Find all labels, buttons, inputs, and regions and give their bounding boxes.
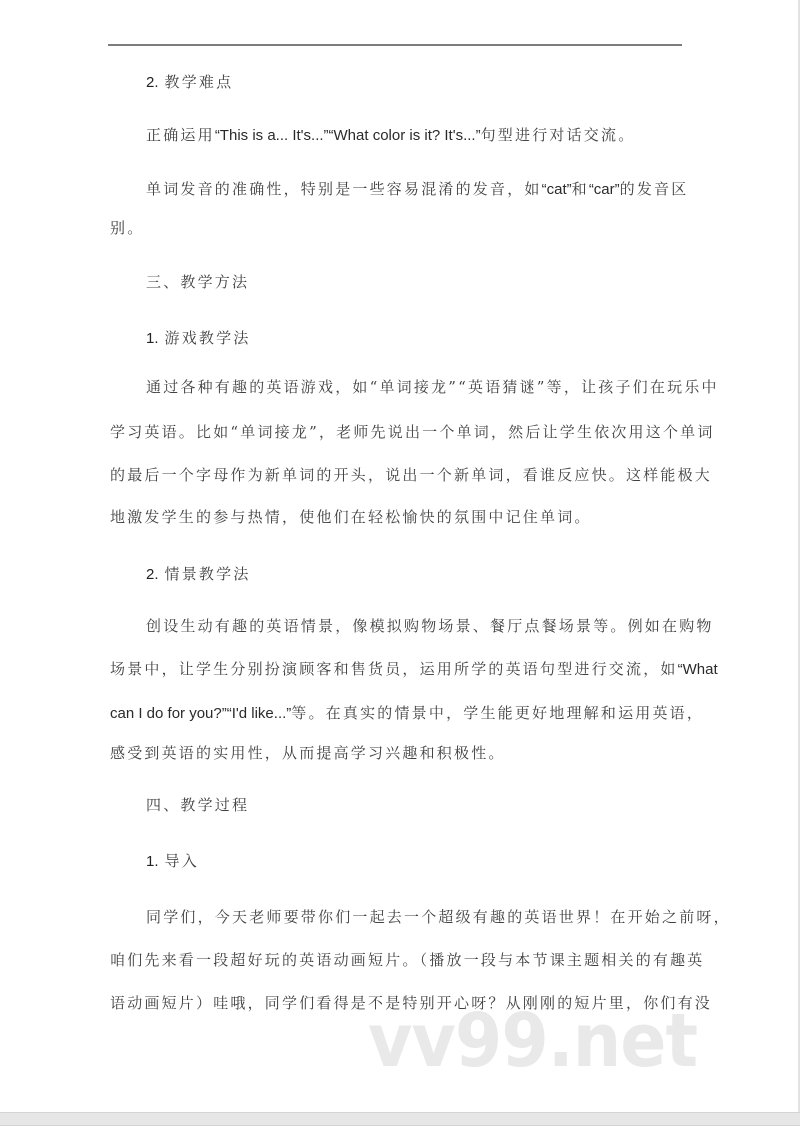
paragraph-line: 场景中，让学生分别扮演顾客和售货员，运用所学的英语句型进行交流，如“What bbox=[110, 659, 680, 680]
subheading-scenario-method: 2.情景教学法 bbox=[146, 564, 680, 585]
subheading-introduction: 1.导入 bbox=[146, 851, 680, 872]
page-separator bbox=[0, 1112, 800, 1126]
subheading-game-method: 1.游戏教学法 bbox=[146, 328, 680, 349]
watermark: vv99.net bbox=[368, 998, 697, 1084]
subheading-number: 2. bbox=[146, 566, 159, 583]
subheading-text: 教学难点 bbox=[165, 73, 234, 91]
document-page: 2.教学难点 正确运用“This is a... It's...”“What c… bbox=[0, 0, 800, 1112]
paragraph-line: 地激发学生的参与热情，使他们在轻松愉快的氛围中记住单词。 bbox=[110, 507, 680, 527]
paragraph-line: can I do for you?”“I'd like...”等。在真实的情景中… bbox=[110, 703, 680, 724]
english-text-run: “cat” bbox=[542, 181, 572, 198]
subheading-text: 游戏教学法 bbox=[165, 329, 251, 347]
heading-teaching-methods: 三、教学方法 bbox=[146, 272, 680, 292]
paragraph-line: 别。 bbox=[110, 218, 680, 238]
text-run: 和 bbox=[572, 180, 589, 198]
paragraph-line: 的最后一个字母作为新单词的开头，说出一个新单词，看谁反应快。这样能极大 bbox=[110, 465, 680, 485]
heading-teaching-process: 四、教学过程 bbox=[146, 795, 680, 815]
paragraph-line: 感受到英语的实用性，从而提高学习兴趣和积极性。 bbox=[110, 743, 680, 763]
english-text-run: “car” bbox=[589, 181, 620, 198]
paragraph-line: 同学们，今天老师要带你们一起去一个超级有趣的英语世界！在开始之前呀， bbox=[146, 907, 680, 927]
subheading-text: 情景教学法 bbox=[165, 565, 251, 583]
subheading-number: 1. bbox=[146, 330, 159, 347]
text-run: 场景中，让学生分别扮演顾客和售货员，运用所学的英语句型进行交流，如 bbox=[110, 660, 678, 678]
subheading-text: 导入 bbox=[165, 852, 199, 870]
text-run: 单词发音的准确性，特别是一些容易混淆的发音，如 bbox=[146, 180, 542, 198]
text-run: 正确运用 bbox=[146, 126, 215, 144]
paragraph-line: 单词发音的准确性，特别是一些容易混淆的发音，如“cat”和“car”的发音区 bbox=[146, 179, 680, 200]
subheading-number: 1. bbox=[146, 853, 159, 870]
subheading-teaching-difficulties: 2.教学难点 bbox=[146, 72, 680, 93]
paragraph-line: 学习英语。比如“单词接龙”，老师先说出一个单词，然后让学生依次用这个单词 bbox=[110, 422, 680, 442]
header-rule bbox=[108, 44, 682, 46]
paragraph-line: 通过各种有趣的英语游戏，如“单词接龙”“英语猜谜”等，让孩子们在玩乐中 bbox=[146, 377, 680, 397]
paragraph-line: 正确运用“This is a... It's...”“What color is… bbox=[146, 125, 680, 146]
english-text-run: “This is a... It's...”“What color is it?… bbox=[215, 127, 481, 144]
next-page bbox=[0, 1126, 800, 1137]
english-text-run: can I do for you?”“I'd like...” bbox=[110, 705, 291, 722]
text-run: 句型进行对话交流。 bbox=[481, 126, 636, 144]
paragraph-line: 咱们先来看一段超好玩的英语动画短片。（播放一段与本节课主题相关的有趣英 bbox=[110, 950, 680, 970]
text-run: 的发音区 bbox=[620, 180, 689, 198]
text-run: 等。在真实的情景中，学生能更好地理解和运用英语， bbox=[291, 704, 704, 722]
subheading-number: 2. bbox=[146, 74, 159, 91]
paragraph-line: 创设生动有趣的英语情景，像模拟购物场景、餐厅点餐场景等。例如在购物 bbox=[146, 616, 680, 636]
english-text-run: “What bbox=[678, 661, 718, 678]
